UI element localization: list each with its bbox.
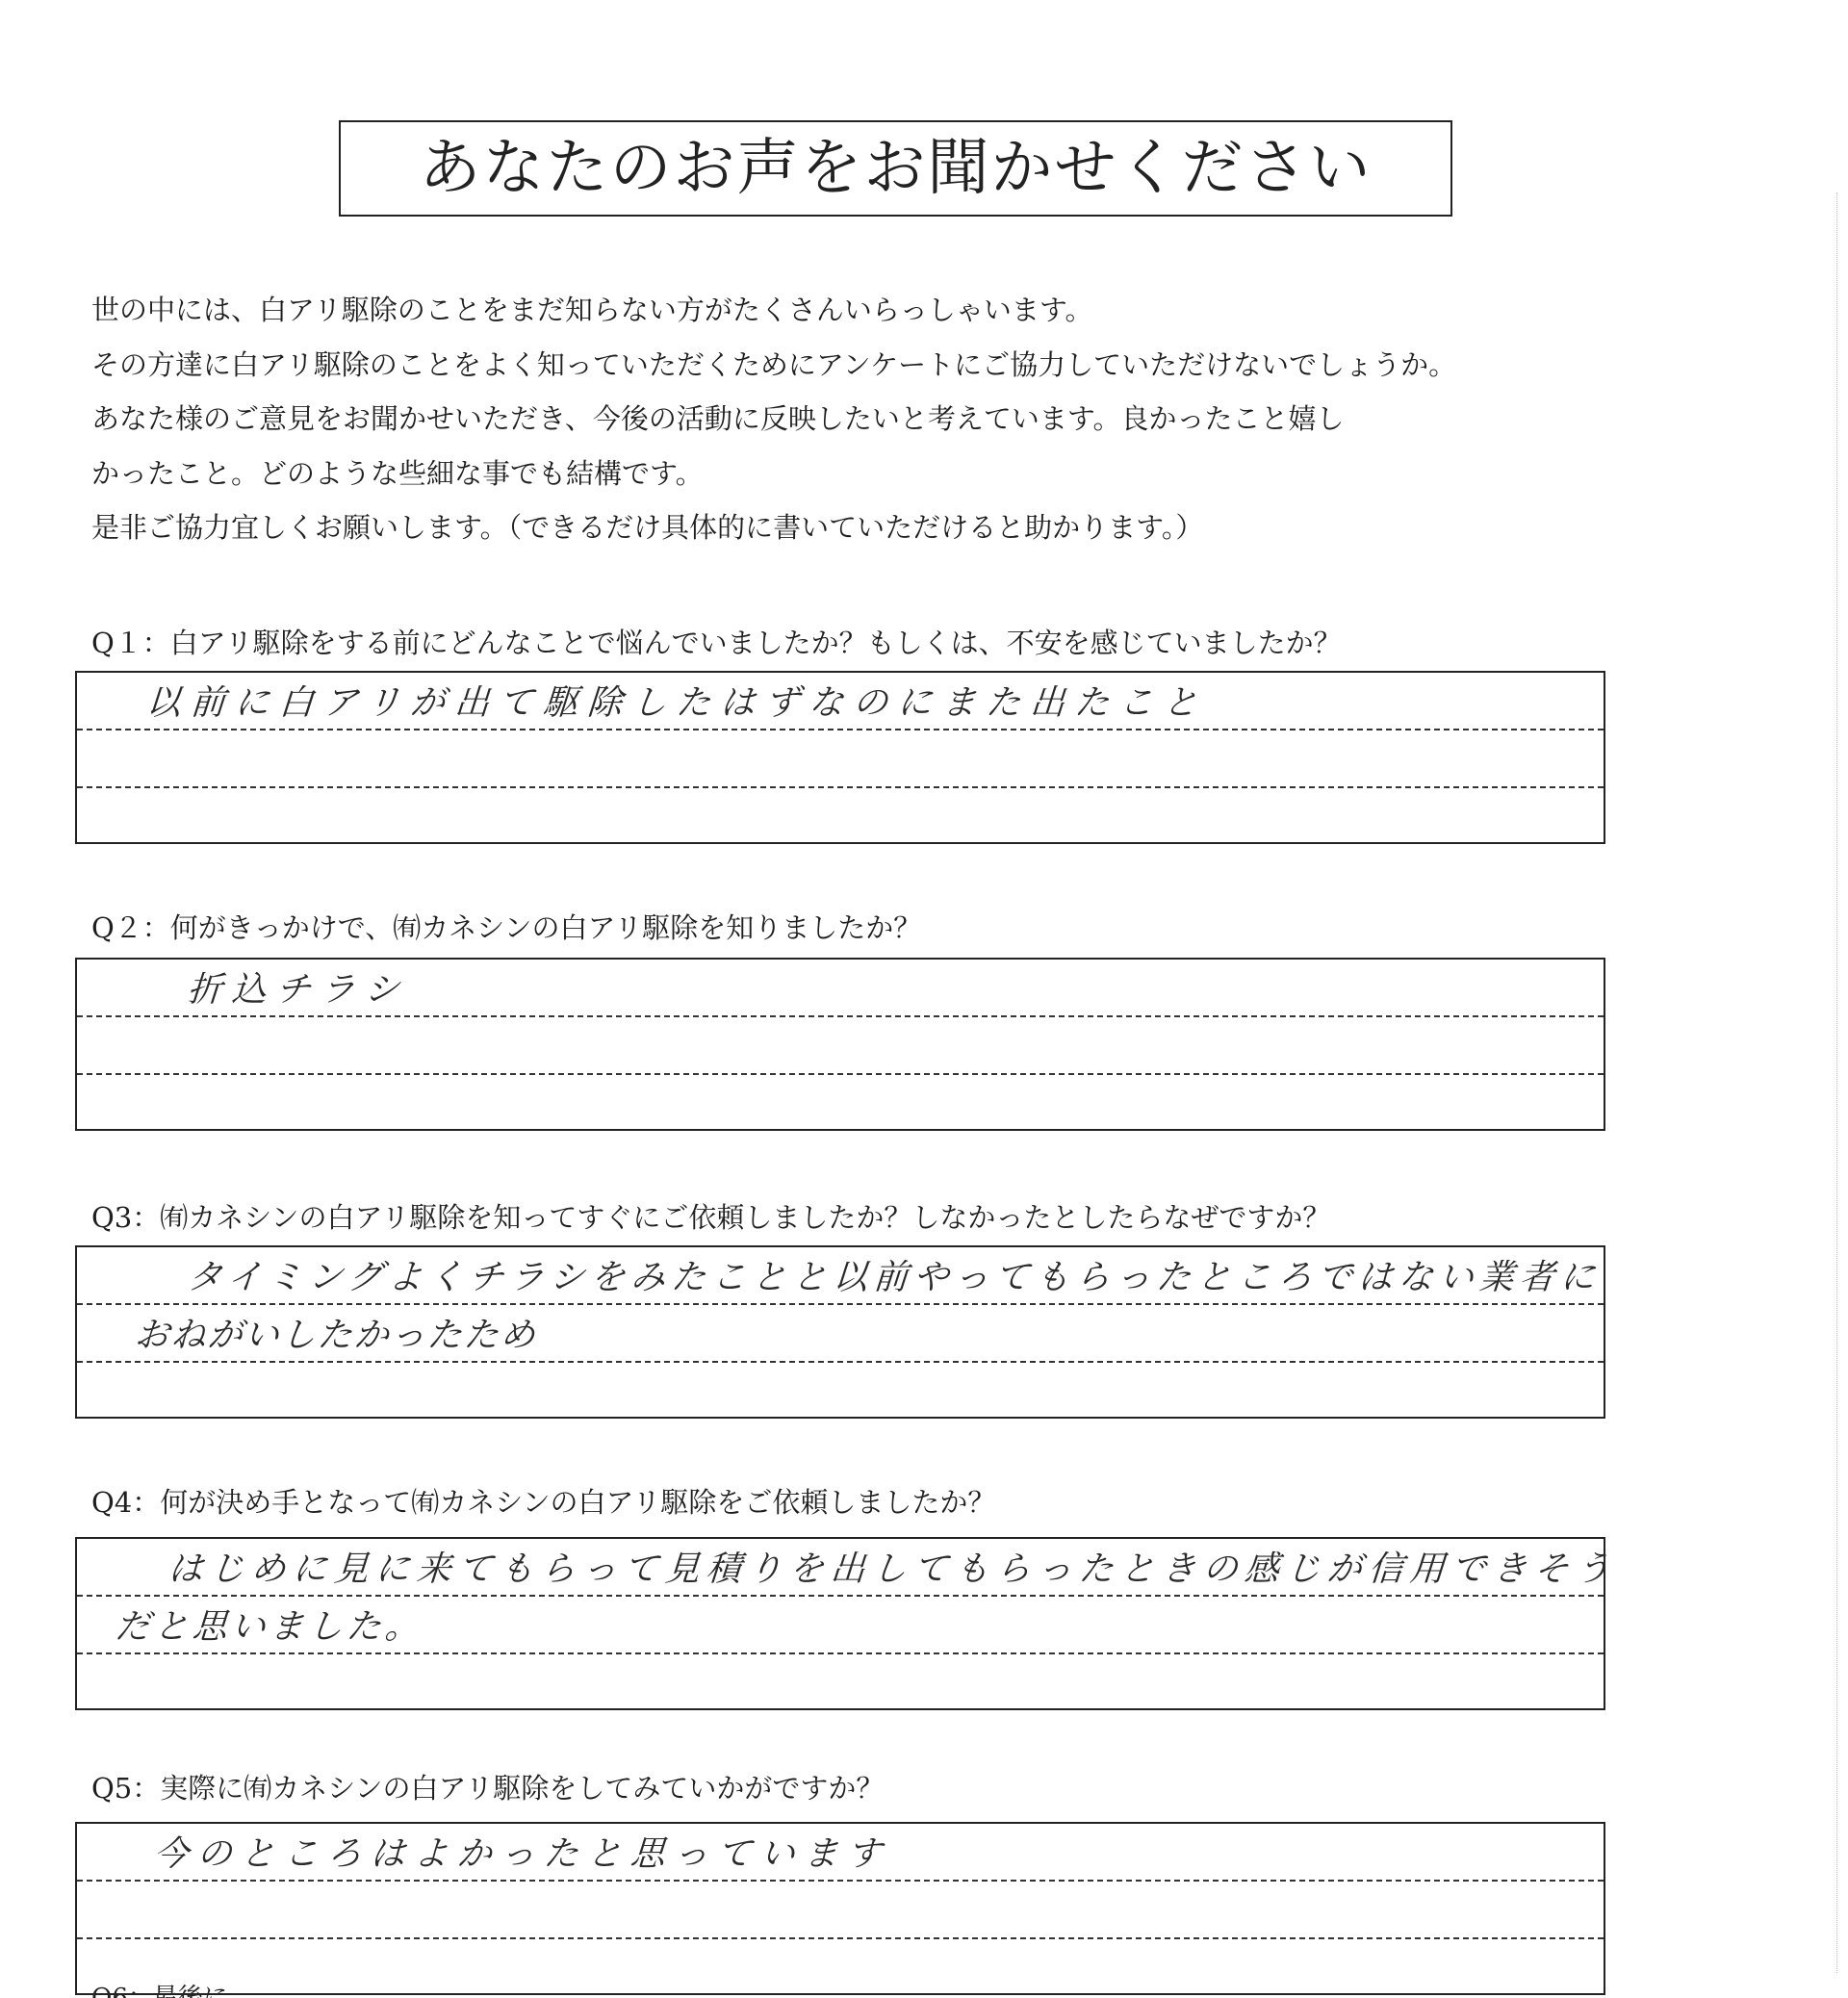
question-6-label-cut-off: Q6：最後に… xyxy=(91,1981,253,1998)
question-1-answer-box: 以前に白アリが出て駆除したはずなのにまた出たこと xyxy=(75,671,1605,844)
answer-line xyxy=(77,1075,1604,1133)
intro-line: あなた様のご意見をお聞かせいただき、今後の活動に反映したいと考えています。良かっ… xyxy=(91,397,1631,452)
answer-line xyxy=(77,730,1604,788)
answer-line: おねがいしたかったため xyxy=(77,1305,1604,1363)
question-5-label: Q5：実際に㈲カネシンの白アリ駆除をしてみていかがですか？ xyxy=(91,1771,884,1806)
handwritten-answer: 今のところはよかったと思っています xyxy=(152,1827,892,1876)
intro-line: 是非ご協力宜しくお願いします。（できるだけ具体的に書いていただけると助かります。… xyxy=(91,506,1631,561)
survey-title: あなたのお声をお聞かせください xyxy=(420,138,1373,199)
answer-line: はじめに見に来てもらって見積りを出してもらったときの感じが信用できそう xyxy=(77,1539,1604,1597)
handwritten-answer: 折込チラシ xyxy=(186,962,411,1012)
question-2-label: Q２：何がきっかけで、㈲カネシンの白アリ駆除を知りましたか？ xyxy=(91,910,921,945)
answer-line xyxy=(77,1939,1604,1997)
answer-line xyxy=(77,1363,1604,1421)
intro-paragraph: 世の中には、白アリ駆除のことをまだ知らない方がたくさんいらっしゃいます。 その方… xyxy=(91,289,1631,561)
handwritten-answer: はじめに見に来てもらって見積りを出してもらったときの感じが信用できそう xyxy=(167,1542,1619,1591)
handwritten-answer: おねがいしたかったため xyxy=(133,1308,539,1357)
answer-line: 以前に白アリが出て駆除したはずなのにまた出たこと xyxy=(77,673,1604,730)
scan-edge-artifact xyxy=(1836,192,1838,1973)
handwritten-answer: タイミングよくチラシをみたことと以前やってもらったところではない業者に xyxy=(186,1250,1603,1299)
question-3-label: Q3：㈲カネシンの白アリ駆除を知ってすぐにご依頼しましたか？しなかったとしたらな… xyxy=(91,1200,1330,1235)
answer-line xyxy=(77,1882,1604,1939)
answer-line: 折込チラシ xyxy=(77,960,1604,1017)
question-3-answer-box: タイミングよくチラシをみたことと以前やってもらったところではない業者に おねがい… xyxy=(75,1245,1605,1419)
answer-line: タイミングよくチラシをみたことと以前やってもらったところではない業者に xyxy=(77,1247,1604,1305)
intro-line: かったこと。どのような些細な事でも結構です。 xyxy=(91,452,1631,507)
handwritten-answer: 以前に白アリが出て駆除したはずなのにまた出たこと xyxy=(144,676,1209,725)
question-2-answer-box: 折込チラシ xyxy=(75,958,1605,1131)
handwritten-answer: だと思いました。 xyxy=(114,1600,425,1649)
answer-line xyxy=(77,1017,1604,1075)
question-4-label: Q4：何が決め手となって㈲カネシンの白アリ駆除をご依頼しましたか？ xyxy=(91,1485,995,1520)
answer-line: 今のところはよかったと思っています xyxy=(77,1824,1604,1882)
answer-line xyxy=(77,1654,1604,1712)
answer-line: だと思いました。 xyxy=(77,1597,1604,1654)
question-5-answer-box: 今のところはよかったと思っています xyxy=(75,1822,1605,1995)
intro-line: その方達に白アリ駆除のことをよく知っていただくためにアンケートにご協力していただ… xyxy=(91,344,1631,398)
survey-title-box: あなたのお声をお聞かせください xyxy=(339,120,1452,217)
question-1-label: Q１：白アリ駆除をする前にどんなことで悩んでいましたか？もしくは、不安を感じてい… xyxy=(91,626,1342,660)
answer-line xyxy=(77,788,1604,846)
intro-line: 世の中には、白アリ駆除のことをまだ知らない方がたくさんいらっしゃいます。 xyxy=(91,289,1631,344)
question-4-answer-box: はじめに見に来てもらって見積りを出してもらったときの感じが信用できそう だと思い… xyxy=(75,1537,1605,1710)
